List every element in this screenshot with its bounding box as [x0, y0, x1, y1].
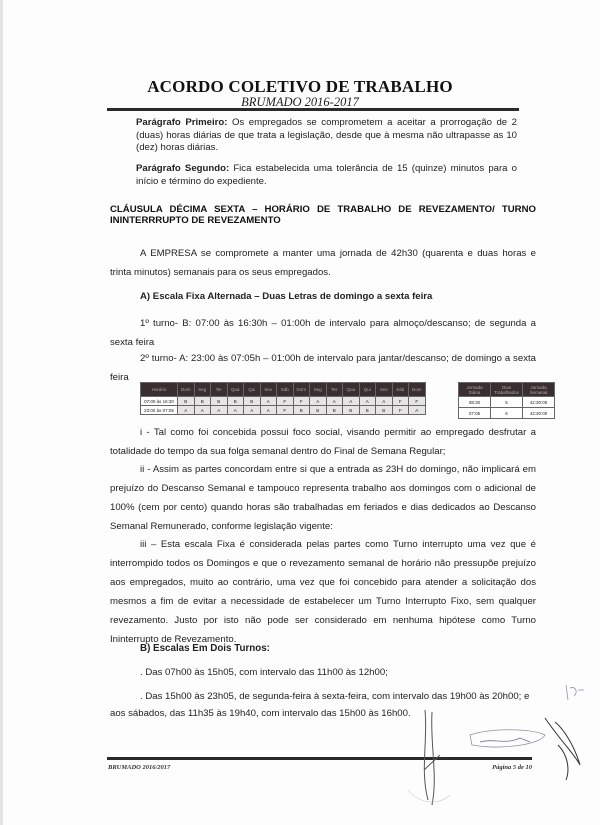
schedule-cell: B: [310, 406, 327, 415]
schedule-cell: A: [178, 406, 195, 415]
schedule-header-cell: Seg: [194, 383, 211, 397]
schedule-header-cell: Qui: [244, 383, 261, 397]
schedule-cell: B: [293, 406, 310, 415]
schedule-cell: A: [260, 397, 277, 406]
schedule-cell: A: [326, 397, 343, 406]
schedule-cell: F: [293, 397, 310, 406]
paragrafo-segundo-label: Parágrafo Segundo:: [136, 163, 229, 174]
summary-cell: 08:30: [459, 397, 491, 408]
summary-cell: 5: [491, 397, 523, 408]
schedule-row: 07:00 às 16:30BBBBBAFFAAAAAFF: [141, 397, 426, 406]
schedule-header-cell: Ter: [326, 383, 343, 397]
schedule-row: 23:00 às 07:05AAAAAAFBBBBBBFA: [141, 406, 426, 415]
paragrafo-primeiro: Parágrafo Primeiro: Os empregados se com…: [136, 117, 517, 155]
schedule-cell: F: [392, 397, 409, 406]
schedule-cell: B: [227, 397, 244, 406]
schedule-cell: A: [194, 406, 211, 415]
schedule-cell: B: [359, 406, 376, 415]
schedule-cell: A: [227, 406, 244, 415]
schedule-header-cell: Qua: [227, 383, 244, 397]
schedule-header-cell: Sex: [376, 383, 393, 397]
schedule-cell: A: [211, 406, 228, 415]
schedule-cell: B: [244, 397, 261, 406]
schedule-table: HorárioDomSegTerQuaQuiSexSábDomSegTerQua…: [140, 382, 426, 415]
section-a-title: A) Escala Fixa Alternada – Duas Letras d…: [140, 291, 540, 304]
schedule-cell: B: [343, 406, 360, 415]
item-i: i - Tal como foi concebida possui foco s…: [110, 423, 536, 461]
schedule-header-cell: Sáb: [277, 383, 294, 397]
schedule-cell: A: [409, 406, 426, 415]
schedule-cell: F: [409, 397, 426, 406]
schedule-header-cell: Qui: [359, 383, 376, 397]
summary-cell: 42:30:00: [523, 397, 555, 408]
schedule-header-cell: Ter: [211, 383, 228, 397]
header-divider: [107, 108, 519, 111]
clause-title: CLÁUSULA DÉCIMA SEXTA – HORÁRIO DE TRABA…: [110, 204, 536, 226]
scan-edge: [0, 0, 3, 825]
footer-left: BRUMADO 2016/2017: [108, 764, 170, 771]
schedule-time-cell: 23:00 às 07:05: [141, 406, 178, 415]
schedule-cell: F: [392, 406, 409, 415]
section-b-title: B) Escalas Em Dois Turnos:: [140, 643, 270, 656]
summary-cell: 6: [491, 408, 523, 419]
intro-paragraph: A EMPRESA se compromete a manter uma jor…: [110, 244, 536, 282]
schedule-header-cell: Dom: [293, 383, 310, 397]
paragrafo-primeiro-label: Parágrafo Primeiro:: [136, 117, 227, 128]
schedule-cell: A: [376, 397, 393, 406]
section-b-line-1: . Das 07h00 às 15h05, com intervalo das …: [140, 667, 540, 680]
summary-header-cell: Jornada Semanal: [523, 383, 555, 397]
footer-divider: [107, 757, 532, 760]
document-page: ACORDO COLETIVO DE TRABALHO BRUMADO 2016…: [0, 0, 600, 825]
item-ii: ii - Assim as partes concordam entre si …: [110, 460, 536, 536]
schedule-header-cell: Dom: [178, 383, 195, 397]
turno-1: 1º turno- B: 07:00 às 16:30h – 01:00h de…: [110, 314, 536, 352]
schedule-cell: F: [277, 406, 294, 415]
schedule-cell: B: [376, 406, 393, 415]
summary-header-cell: Dias Trabalhados: [491, 383, 523, 397]
summary-row: 07:05642:30:00: [459, 408, 555, 419]
schedule-header-cell: Horário: [141, 383, 178, 397]
schedule-cell: A: [310, 397, 327, 406]
summary-row: 08:30542:30:00: [459, 397, 555, 408]
section-b-line-2: . Das 15h00 às 23h05, de segunda-feira à…: [110, 688, 536, 722]
schedule-cell: B: [211, 397, 228, 406]
schedule-cell: A: [343, 397, 360, 406]
summary-header-cell: Jornada Diária: [459, 383, 491, 397]
schedule-header-cell: Dom: [409, 383, 426, 397]
schedule-header-cell: Seg: [310, 383, 327, 397]
item-iii: iii – Esta escala Fixa é considerada pel…: [110, 535, 536, 649]
schedule-cell: B: [178, 397, 195, 406]
schedule-time-cell: 07:00 às 16:30: [141, 397, 178, 406]
schedule-header-cell: Qua: [343, 383, 360, 397]
document-title: ACORDO COLETIVO DE TRABALHO: [0, 77, 600, 97]
schedule-cell: A: [244, 406, 261, 415]
schedule-cell: F: [277, 397, 294, 406]
summary-table: Jornada DiáriaDias TrabalhadosJornada Se…: [458, 382, 555, 419]
page-number: Página 5 de 10: [452, 764, 532, 771]
summary-cell: 07:05: [459, 408, 491, 419]
schedule-header-cell: Sáb: [392, 383, 409, 397]
schedule-cell: B: [194, 397, 211, 406]
schedule-header-cell: Sex: [260, 383, 277, 397]
paragrafo-segundo: Parágrafo Segundo: Fica estabelecida uma…: [136, 163, 517, 188]
summary-cell: 42:30:00: [523, 408, 555, 419]
schedule-cell: A: [359, 397, 376, 406]
schedule-cell: A: [260, 406, 277, 415]
schedule-cell: B: [326, 406, 343, 415]
